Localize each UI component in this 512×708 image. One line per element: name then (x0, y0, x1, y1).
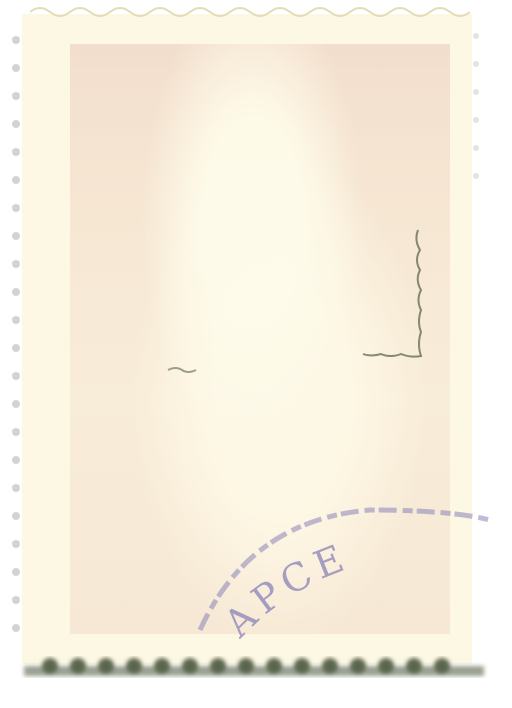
fold-line (160, 220, 440, 390)
left-perforation (6, 30, 26, 650)
right-perforation (470, 30, 490, 510)
postmark-text: АРСЕ (215, 534, 355, 646)
bottom-perforation (14, 650, 494, 690)
top-perforation (30, 4, 470, 18)
